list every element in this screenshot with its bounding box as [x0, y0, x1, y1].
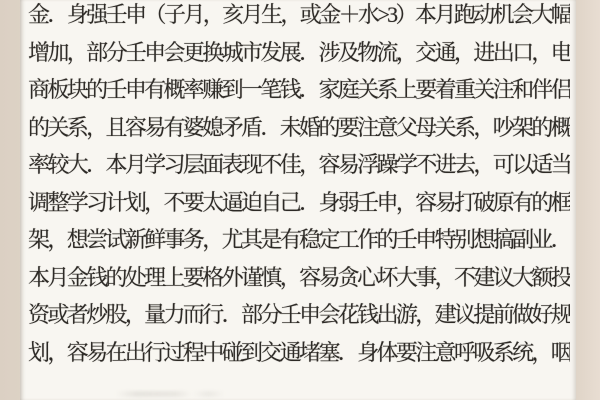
text-line: 增加，部分壬申会更换城市发展．涉及物流，交通，进出口，电: [28, 34, 570, 72]
text-line: 架，想尝试新鲜事务，尤其是有稳定工作的壬申特别想搞副业．: [28, 221, 570, 259]
text-line: 调整学习计划，不要太逼迫自己．身弱壬申，容易打破原有的框: [28, 184, 570, 222]
text-line: 资或者炒股，量力而行．部分壬申会花钱出游，建议提前做好规: [28, 296, 570, 334]
text-line: 划，容易在出行过程中碰到交通堵塞．身体要注意呼吸系统，咽: [28, 334, 570, 372]
document-text: 金．身强壬申（子月，亥月生，或金＋水>3）本月跑动机会大幅 增加，部分壬申会更换…: [28, 0, 570, 371]
screenshot-root: { "page": { "margin_color_left": "#ddd2c…: [0, 0, 600, 400]
text-line: 本月金钱的处理上要格外谨慎，容易贪心坏大事，不建议大额投: [28, 259, 570, 297]
text-line: 商板块的壬申有概率赚到一笔钱．家庭关系上要着重关注和伴侣: [28, 71, 570, 109]
document-page: 金．身强壬申（子月，亥月生，或金＋水>3）本月跑动机会大幅 增加，部分壬申会更换…: [20, 0, 576, 400]
text-line: 金．身强壬申（子月，亥月生，或金＋水>3）本月跑动机会大幅: [28, 0, 570, 34]
clipped-next-line-artifact: [115, 391, 225, 397]
text-line: 的关系，且容易有婆媳矛盾．未婚的要注意父母关系，吵架的概: [28, 109, 570, 147]
text-line: 率较大．本月学习层面表现不佳，容易浮躁学不进去，可以适当: [28, 146, 570, 184]
